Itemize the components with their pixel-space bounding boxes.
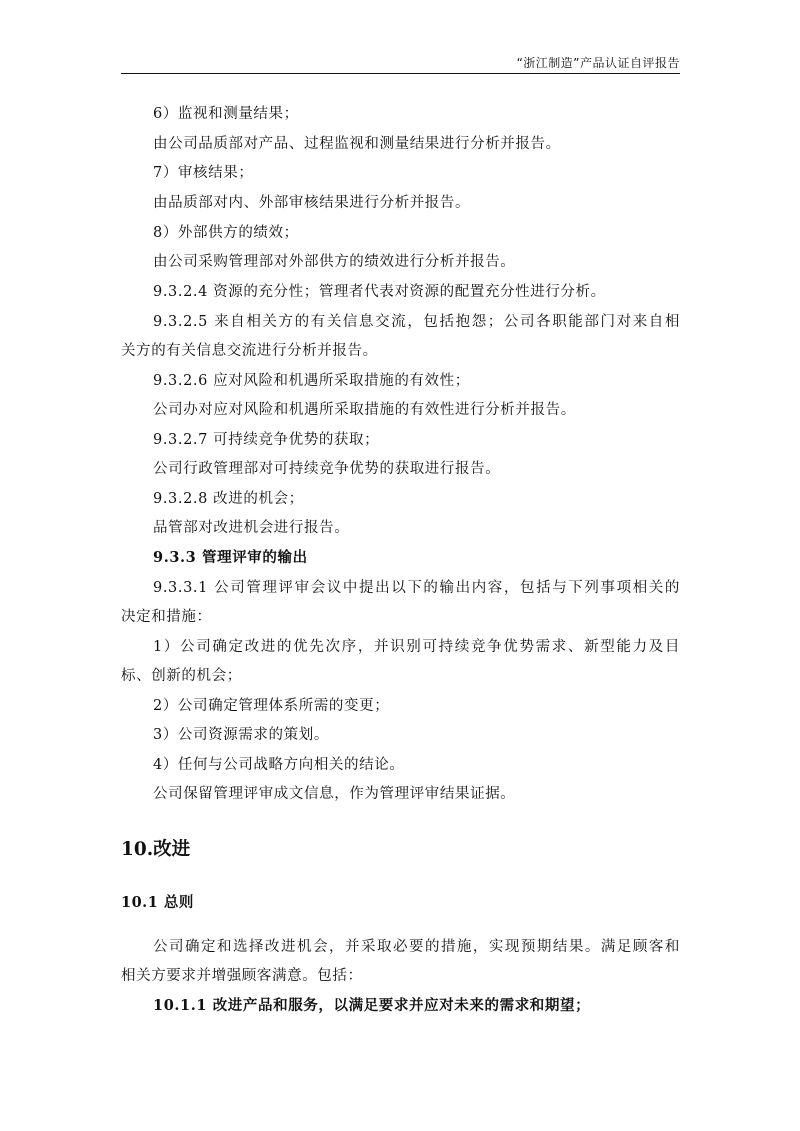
paragraph: 公司行政管理部对可持续竞争优势的获取进行报告。 xyxy=(153,459,713,479)
clause-9-3-2-8: 9.3.2.8 改进的机会； xyxy=(153,489,713,509)
heading-section-10: 10.改进 xyxy=(121,840,681,860)
document-page: “浙江制造”产品认证自评报告 6）监视和测量结果； 由公司品质部对产品、过程监视… xyxy=(0,0,800,1131)
clause-9-3-2-7: 9.3.2.7 可持续竞争优势的获取； xyxy=(153,430,713,450)
output-item-2: 2）公司确定管理体系所需的变更； xyxy=(153,696,713,716)
clause-9-3-2-4: 9.3.2.4 资源的充分性；管理者代表对资源的配置充分性进行分析。 xyxy=(153,282,713,302)
list-item-8: 8）外部供方的绩效； xyxy=(153,223,713,243)
clause-9-3-3-1: 9.3.3.1 公司管理评审会议中提出以下的输出内容，包括与下列事项相关的 xyxy=(153,578,680,598)
clause-9-3-2-5: 9.3.2.5 来自相关方的有关信息交流，包括抱怨；公司各职能部门对来自相 xyxy=(153,312,680,332)
list-item-6: 6）监视和测量结果； xyxy=(153,104,713,124)
paragraph: 由公司品质部对产品、过程监视和测量结果进行分析并报告。 xyxy=(153,134,713,154)
output-item-1-continued: 标、创新的机会； xyxy=(121,666,681,686)
clause-10-1-1: 10.1.1 改进产品和服务，以满足要求并应对未来的需求和期望； xyxy=(153,996,713,1016)
paragraph: 由公司采购管理部对外部供方的绩效进行分析并报告。 xyxy=(153,252,713,272)
list-item-7: 7）审核结果； xyxy=(153,163,713,183)
paragraph-10-1-continued: 相关方要求并增强顾客满意。包括： xyxy=(121,966,681,986)
clause-9-3-3-1-continued: 决定和措施： xyxy=(121,607,681,627)
heading-9-3-3: 9.3.3 管理评审的输出 xyxy=(153,548,713,568)
running-header: “浙江制造”产品认证自评报告 xyxy=(121,54,680,71)
paragraph: 公司办对应对风险和机遇所采取措施的有效性进行分析并报告。 xyxy=(153,400,713,420)
paragraph: 由品质部对内、外部审核结果进行分析并报告。 xyxy=(153,193,713,213)
clause-9-3-2-5-continued: 关方的有关信息交流进行分析并报告。 xyxy=(121,341,681,361)
header-rule xyxy=(121,73,680,74)
heading-section-10-1: 10.1 总则 xyxy=(121,893,681,913)
clause-9-3-2-6: 9.3.2.6 应对风险和机遇所采取措施的有效性； xyxy=(153,371,713,391)
output-item-3: 3）公司资源需求的策划。 xyxy=(153,725,713,745)
output-item-1: 1）公司确定改进的优先次序，并识别可持续竞争优势需求、新型能力及目 xyxy=(153,637,680,657)
paragraph-10-1: 公司确定和选择改进机会，并采取必要的措施，实现预期结果。满足顾客和 xyxy=(153,937,680,957)
paragraph: 公司保留管理评审成文信息，作为管理评审结果证据。 xyxy=(153,784,713,804)
paragraph: 品管部对改进机会进行报告。 xyxy=(153,518,713,538)
output-item-4: 4）任何与公司战略方向相关的结论。 xyxy=(153,755,713,775)
